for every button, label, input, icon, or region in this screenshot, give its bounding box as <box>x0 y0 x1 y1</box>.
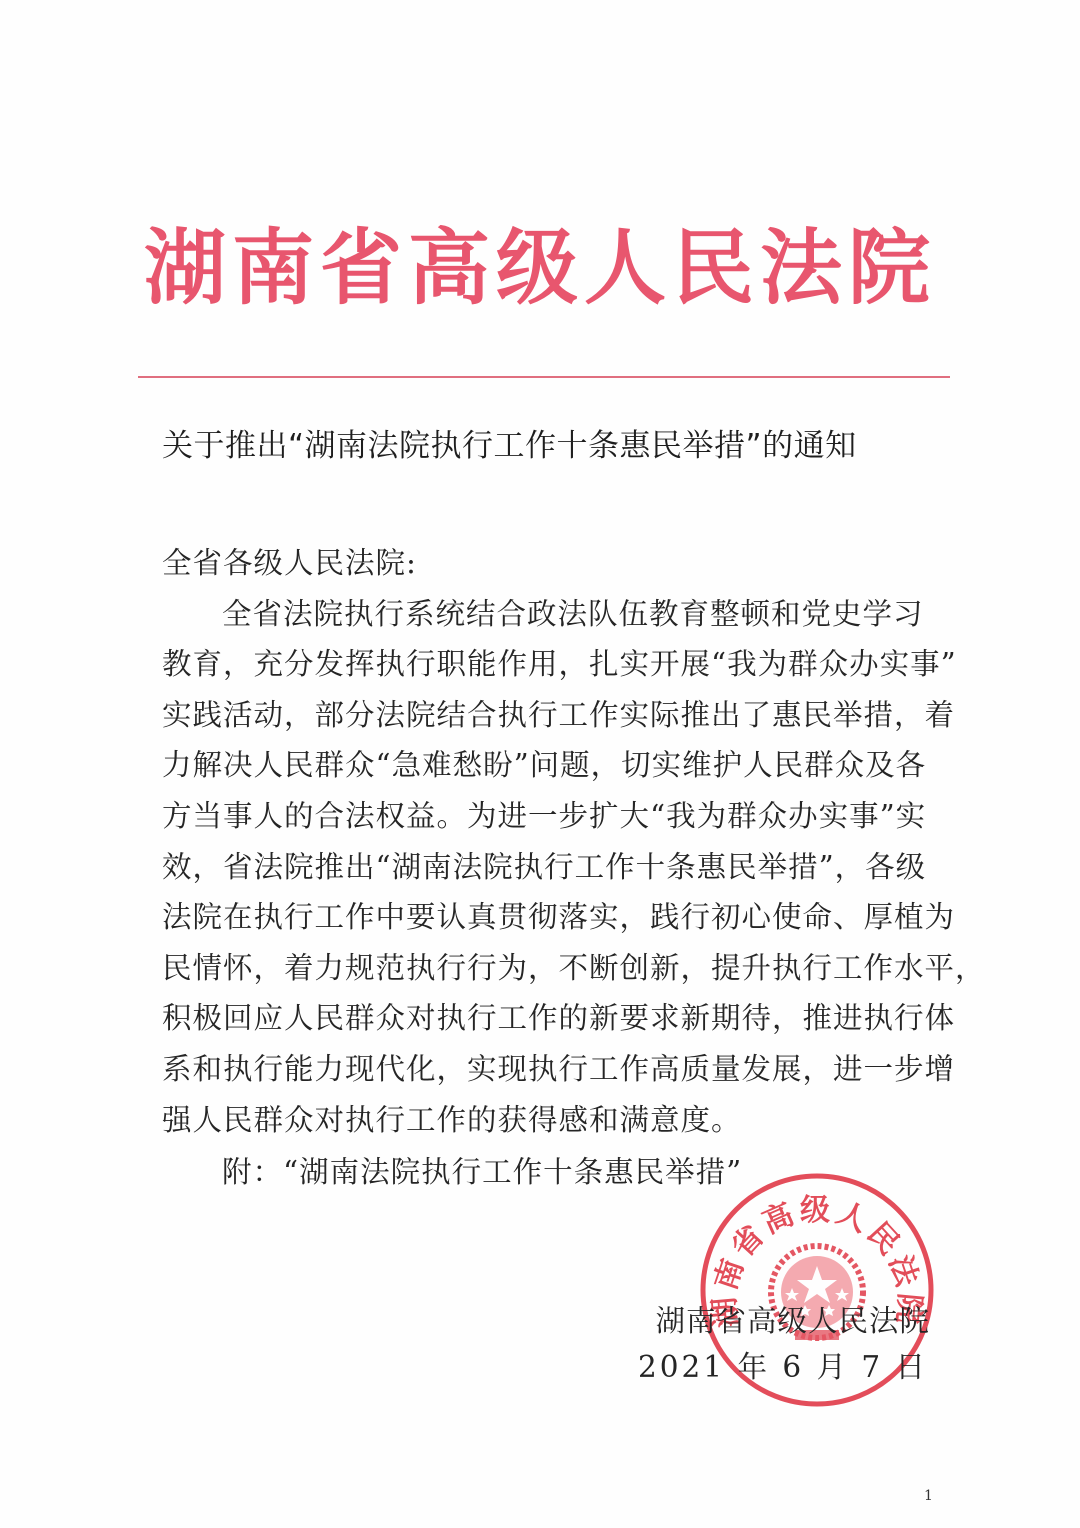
masthead-divider <box>138 376 950 378</box>
body-line: 方当事人的合法权益。为进一步扩大“我为群众办实事”实 <box>162 791 932 842</box>
body-line: 力解决人民群众“急难愁盼”问题，切实维护人民群众及各 <box>162 740 932 791</box>
signature-block: 湖南省高级人民法院 2021 年 6 月 7 日 <box>638 1298 930 1390</box>
body-line: 系和执行能力现代化，实现执行工作高质量发展，进一步增 <box>162 1044 932 1095</box>
body-line: 实践活动，部分法院结合执行工作实际推出了惠民举措，着 <box>162 690 932 741</box>
issue-date: 2021 年 6 月 7 日 <box>638 1344 930 1390</box>
document-body: 全省各级人民法院: 全省法院执行系统结合政法队伍教育整顿和党史学习 教育，充分发… <box>162 538 932 1145</box>
body-line: 法院在执行工作中要认真贯彻落实，践行初心使命、厚植为 <box>162 892 932 943</box>
body-line: 效，省法院推出“湖南法院执行工作十条惠民举措”，各级 <box>162 842 932 893</box>
attachment-note: 附：“湖南法院执行工作十条惠民举措” <box>222 1152 742 1192</box>
document-page: 湖南省高级人民法院 关于推出“湖南法院执行工作十条惠民举措”的通知 全省各级人民… <box>0 0 1080 1528</box>
document-title: 关于推出“湖南法院执行工作十条惠民举措”的通知 <box>162 426 932 466</box>
body-line: 强人民群众对执行工作的获得感和满意度。 <box>162 1095 932 1146</box>
salutation: 全省各级人民法院: <box>162 538 932 589</box>
issuer-name: 湖南省高级人民法院 <box>638 1298 930 1344</box>
body-line: 积极回应人民群众对执行工作的新要求新期待，推进执行体 <box>162 993 932 1044</box>
masthead-organization: 湖南省高级人民法院 <box>140 218 940 318</box>
body-line: 民情怀，着力规范执行行为，不断创新，提升执行工作水平， <box>162 943 932 994</box>
body-line: 全省法院执行系统结合政法队伍教育整顿和党史学习 <box>162 589 932 640</box>
page-number: 1 <box>924 1488 933 1504</box>
body-line: 教育，充分发挥执行职能作用，扎实开展“我为群众办实事” <box>162 639 932 690</box>
